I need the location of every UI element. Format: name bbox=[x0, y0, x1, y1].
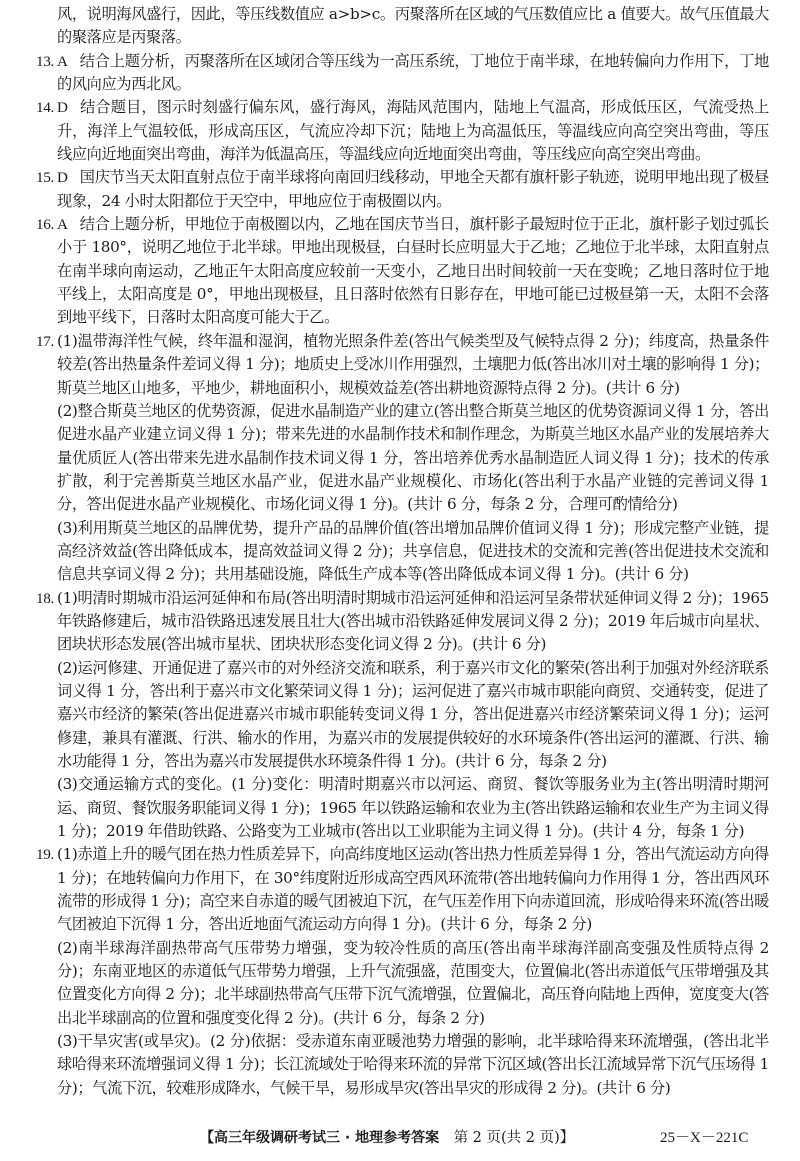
question-number: 13. bbox=[36, 50, 54, 73]
answer-choice: A bbox=[57, 216, 68, 233]
answer-explanation: 结合上题分析，甲地位于南极圈以内，乙地在国庆节当日，旗杆影子最短时位于正北，旗杆… bbox=[57, 215, 769, 326]
question-18: 18. (1)明清时期城市沿运河延伸和布局(答出明清时期城市沿运河延伸和沿运河呈… bbox=[0, 587, 769, 844]
part-2: (2)南半球海洋副热带高气压带势力增强，变为较冷性质的高压(答出南半球海洋副高变… bbox=[57, 937, 769, 1030]
answer-choice: A bbox=[57, 53, 68, 70]
page-footer: 【高三年级调研考试三 · 地理参考答案 第 2 页(共 2 页)】 25－X－2… bbox=[0, 1127, 800, 1149]
part-2: (2)运河修建、开通促进了嘉兴市的对外经济交流和联系，利于嘉兴市文化的繁荣(答出… bbox=[57, 657, 769, 774]
question-number: 17. bbox=[36, 330, 54, 353]
answer-15: 15. D国庆节当天太阳直射点位于南半球将向南回归线移动，甲地全天都有旗杆影子轨… bbox=[0, 166, 769, 213]
question-number: 14. bbox=[36, 96, 54, 119]
continuation-paragraph: 风，说明海风盛行，因此，等压线数值应 a>b>c。丙聚落所在区域的气压数值应比 … bbox=[0, 3, 769, 50]
part-3: (3)利用斯莫兰地区的品牌优势，提升产品的品牌价值(答出增加品牌价值词义得 1 … bbox=[57, 517, 769, 587]
answer-choice: D bbox=[57, 99, 68, 116]
part-3: (3)干旱灾害(或旱灾)。(2 分)依据：受赤道东南亚暖池势力增强的影响，北半球… bbox=[57, 1030, 769, 1100]
answer-key-page: 风，说明海风盛行，因此，等压线数值应 a>b>c。丙聚落所在区域的气压数值应比 … bbox=[0, 3, 800, 1100]
paragraph-text: 风，说明海风盛行，因此，等压线数值应 a>b>c。丙聚落所在区域的气压数值应比 … bbox=[57, 3, 769, 50]
question-number: 19. bbox=[36, 843, 54, 866]
answer-13: 13. A结合上题分析，丙聚落所在区域闭合等压线为一高压系统，丁地位于南半球，在… bbox=[0, 50, 769, 97]
part-1: (1)明清时期城市沿运河延伸和布局(答出明清时期城市沿运河延伸和沿运河呈条带状延… bbox=[57, 587, 769, 657]
answer-14: 14. D结合题目，图示时刻盛行偏东风，盛行海风，海陆风范围内，陆地上气温高，形… bbox=[0, 96, 769, 166]
question-17: 17. (1)温带海洋性气候，终年温和湿润，植物光照条件差(答出气候类型及气候特… bbox=[0, 330, 769, 587]
question-number: 16. bbox=[36, 213, 54, 236]
part-1: (1)温带海洋性气候，终年温和湿润，植物光照条件差(答出气候类型及气候特点得 2… bbox=[57, 330, 769, 400]
question-19: 19. (1)赤道上升的暖气团在热力性质差异下，向高纬度地区运动(答出热力性质差… bbox=[0, 843, 769, 1100]
answer-explanation: 国庆节当天太阳直射点位于南半球将向南回归线移动，甲地全天都有旗杆影子轨迹，说明甲… bbox=[57, 168, 769, 209]
answer-16: 16. A结合上题分析，甲地位于南极圈以内，乙地在国庆节当日，旗杆影子最短时位于… bbox=[0, 213, 769, 330]
part-1: (1)赤道上升的暖气团在热力性质差异下，向高纬度地区运动(答出热力性质差异得 1… bbox=[57, 843, 769, 936]
footer-doc-code: 25－X－221C bbox=[660, 1127, 748, 1149]
footer-page-info: 第 2 页(共 2 页)】 bbox=[439, 1130, 574, 1146]
part-3: (3)交通运输方式的变化。(1 分)变化：明清时期嘉兴市以河运、商贸、餐饮等服务… bbox=[57, 773, 769, 843]
answer-choice: D bbox=[57, 169, 68, 186]
answer-explanation: 结合上题分析，丙聚落所在区域闭合等压线为一高压系统，丁地位于南半球，在地转偏向力… bbox=[57, 52, 769, 93]
footer-title: 【高三年级调研考试三 · 地理参考答案 第 2 页(共 2 页)】 bbox=[200, 1127, 574, 1149]
question-number: 15. bbox=[36, 166, 54, 189]
answer-explanation: 结合题目，图示时刻盛行偏东风，盛行海风，海陆风范围内，陆地上气温高，形成低压区，… bbox=[57, 98, 769, 163]
footer-doc-title: 【高三年级调研考试三 · 地理参考答案 bbox=[200, 1130, 439, 1146]
part-2: (2)整合斯莫兰地区的优势资源，促进水晶制造产业的建立(答出整合斯莫兰地区的优势… bbox=[57, 400, 769, 517]
question-number: 18. bbox=[36, 587, 54, 610]
